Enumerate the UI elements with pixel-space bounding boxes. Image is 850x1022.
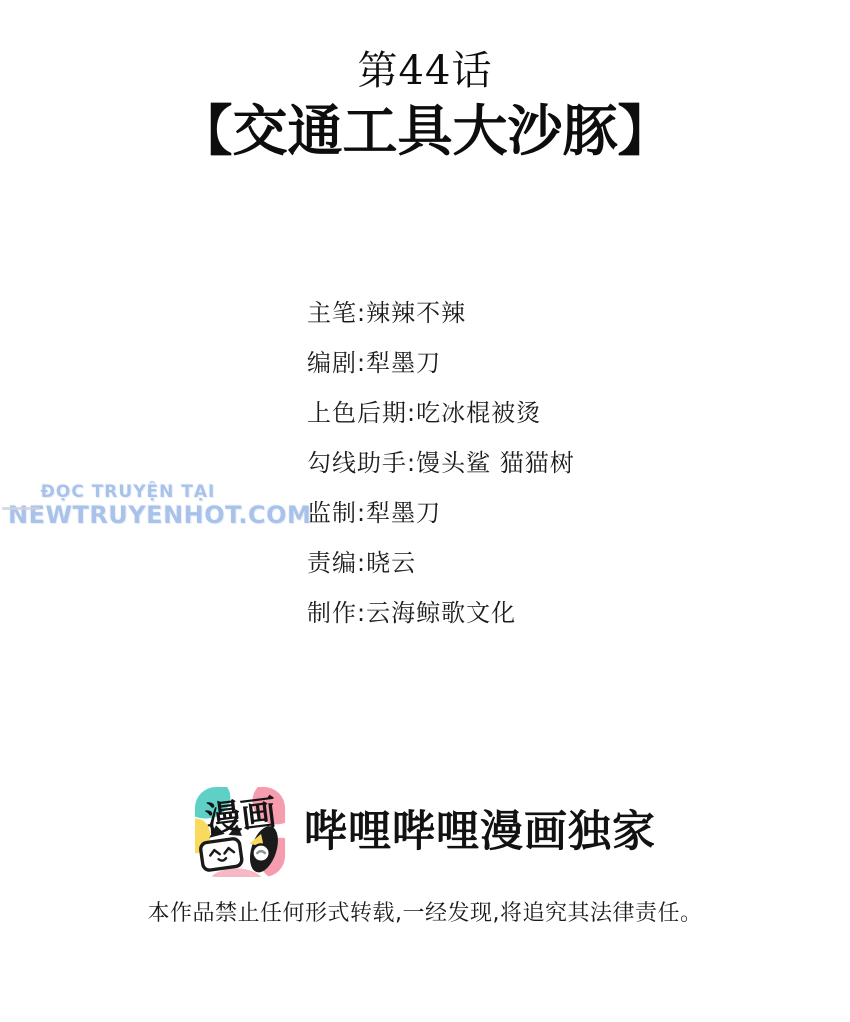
credit-line-writer: 编剧:犁墨刀 xyxy=(307,338,575,388)
bilibili-manga-logo-icon: 漫画 xyxy=(194,786,286,878)
credit-line-production: 制作:云海鲸歌文化 xyxy=(307,588,575,638)
credit-line-lineart: 勾线助手:馒头鲨 猫猫树 xyxy=(307,438,575,488)
copyright-disclaimer: 本作品禁止任何形式转载,一经发现,将追究其法律责任。 xyxy=(0,899,850,929)
credit-line-supervisor: 监制:犁墨刀 xyxy=(307,488,575,538)
manga-title-page: 第44话 【交通工具大沙豚】 主笔:辣辣不辣 编剧:犁墨刀 上色后期:吃冰棍被烫… xyxy=(0,0,850,1022)
chapter-number: 第44话 xyxy=(0,48,850,94)
logo-manhua-text: 漫画 xyxy=(203,792,278,841)
brand-row: 漫画 哔哩哔哩漫画独家 xyxy=(0,786,850,878)
page-title: 【交通工具大沙豚】 xyxy=(0,100,850,162)
credit-line-artist: 主笔:辣辣不辣 xyxy=(307,288,575,338)
title-block: 第44话 【交通工具大沙豚】 xyxy=(0,48,850,162)
credits-list: 主笔:辣辣不辣 编剧:犁墨刀 上色后期:吃冰棍被烫 勾线助手:馒头鲨 猫猫树 监… xyxy=(307,288,575,638)
watermark-artifact-line xyxy=(2,507,40,510)
watermark-tagline: ĐỌC TRUYỆN TẠI xyxy=(8,483,248,502)
credit-line-coloring: 上色后期:吃冰棍被烫 xyxy=(307,388,575,438)
watermark-domain: NEWTRUYENHOT.COM xyxy=(8,502,248,528)
brand-exclusive-label: 哔哩哔哩漫画独家 xyxy=(304,786,656,878)
credit-line-editor: 责编:晓云 xyxy=(307,538,575,588)
site-watermark: ĐỌC TRUYỆN TẠI NEWTRUYENHOT.COM xyxy=(8,483,248,528)
